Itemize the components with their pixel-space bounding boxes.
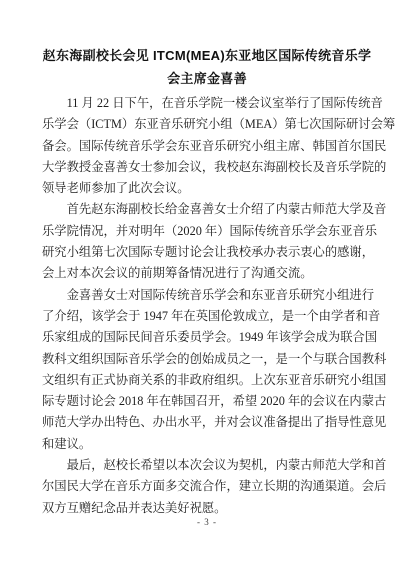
text-line: 尔国民大学在音乐方面多交流合作，建立长期的沟通渠道。会后 [42, 476, 372, 497]
text-line: 首先赵东海副校长给金喜善女士介绍了内蒙古师范大学及音 [42, 199, 372, 220]
text-line: 际专题讨论会 2018 年在韩国召开，希望 2020 年的会议在内蒙古 [42, 391, 372, 412]
text-line: 最后，赵校长希望以本次会议为契机，内蒙古师范大学和首 [42, 455, 372, 476]
text-line: 11 月 22 日下午，在音乐学院一楼会议室举行了国际传统音 [42, 93, 372, 114]
paragraph: 11 月 22 日下午，在音乐学院一楼会议室举行了国际传统音乐学会（ICTM）东… [42, 93, 372, 199]
text-line: 乐学会（ICTM）东亚音乐研究小组（MEA）第七次国际研讨会筹 [42, 114, 372, 135]
text-line: 和建议。 [42, 434, 372, 455]
text-line: 金喜善女士对国际传统音乐学会和东亚音乐研究小组进行 [42, 285, 372, 306]
text-line: 会上对本次会议的前期筹备情况进行了沟通交流。 [42, 263, 372, 284]
page-number: - 3 - [0, 517, 414, 527]
document-body: 11 月 22 日下午，在音乐学院一楼会议室举行了国际传统音乐学会（ICTM）东… [42, 93, 372, 519]
paragraph: 最后，赵校长希望以本次会议为契机，内蒙古师范大学和首尔国民大学在音乐方面多交流合… [42, 455, 372, 519]
text-line: 了介绍，该学会于 1947 年在英国伦敦成立，是一个由学者和音 [42, 306, 372, 327]
text-line: 教科文组织国际音乐学会的创始成员之一，是一个与联合国教科 [42, 349, 372, 370]
text-line: 研究小组第七次国际专题讨论会让我校承办表示衷心的感谢， [42, 242, 372, 263]
title-line-2: 会主席金喜善 [0, 67, 414, 90]
text-line: 大学教授金喜善女士参加会议，我校赵东海副校长及音乐学院的 [42, 157, 372, 178]
text-line: 师范大学办出特色、办出水平，并对会议准备提出了指导性意见 [42, 412, 372, 433]
document-title: 赵东海副校长会见 ITCM(MEA)东亚地区国际传统音乐学 会主席金喜善 [0, 0, 414, 90]
text-line: 领导老师参加了此次会议。 [42, 178, 372, 199]
text-line: 文组织有正式协商关系的非政府组织。上次东亚音乐研究小组国 [42, 370, 372, 391]
document-page: 赵东海副校长会见 ITCM(MEA)东亚地区国际传统音乐学 会主席金喜善 11 … [0, 0, 414, 565]
text-line: 备会。国际传统音乐学会东亚音乐研究小组主席、韩国首尔国民 [42, 136, 372, 157]
text-line: 双方互赠纪念品并表达美好祝愿。 [42, 498, 372, 519]
text-line: 乐家组成的国际民间音乐委员学会。1949 年该学会成为联合国 [42, 327, 372, 348]
title-line-1: 赵东海副校长会见 ITCM(MEA)东亚地区国际传统音乐学 [0, 44, 414, 67]
paragraph: 金喜善女士对国际传统音乐学会和东亚音乐研究小组进行了介绍，该学会于 1947 年… [42, 285, 372, 455]
paragraph: 首先赵东海副校长给金喜善女士介绍了内蒙古师范大学及音乐学院情况，并对明年（202… [42, 199, 372, 284]
text-line: 乐学院情况，并对明年（2020 年）国际传统音乐学会东亚音乐 [42, 221, 372, 242]
